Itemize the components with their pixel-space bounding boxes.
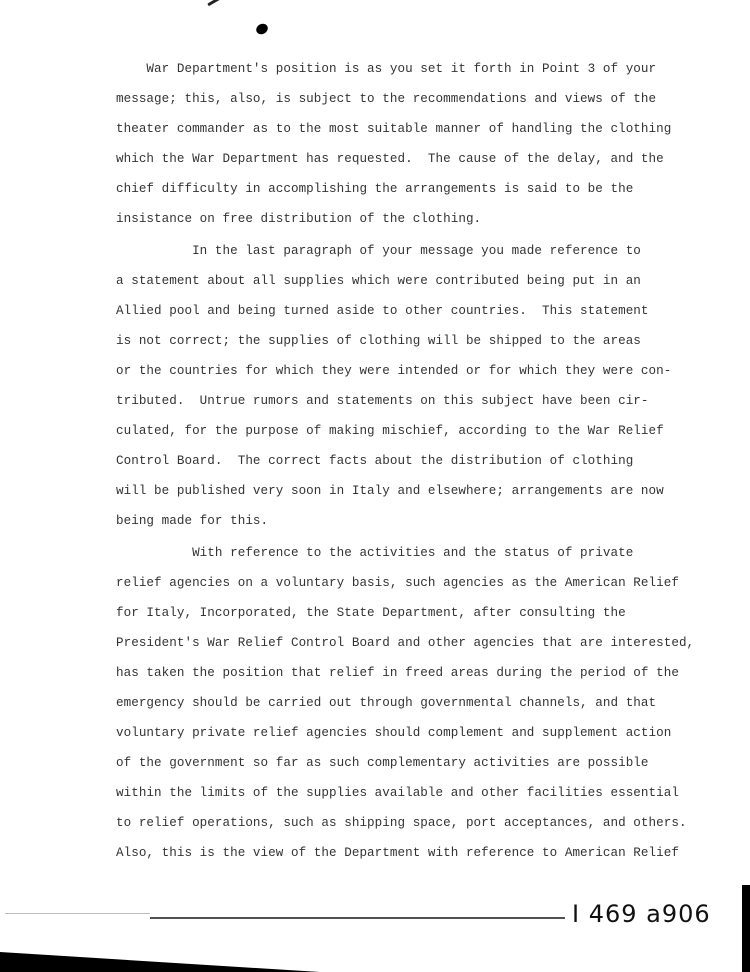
handwritten-id: I 469 a906 — [572, 900, 711, 928]
text-line: within the limits of the supplies availa… — [116, 786, 679, 800]
text-line: to relief operations, such as shipping s… — [116, 816, 687, 830]
text-line: voluntary private relief agencies should… — [116, 726, 671, 740]
text-line: culated, for the purpose of making misch… — [116, 424, 664, 438]
text-line: for Italy, Incorporated, the State Depar… — [116, 606, 626, 620]
text-line: being made for this. — [116, 514, 268, 528]
text-line: is not correct; the supplies of clothing… — [116, 334, 641, 348]
text-line: has taken the position that relief in fr… — [116, 666, 679, 680]
text-line: relief agencies on a voluntary basis, su… — [116, 576, 679, 590]
ink-mark — [207, 0, 221, 6]
document-page: War Department's position is as you set … — [0, 0, 750, 972]
scan-edge-bottom — [0, 952, 320, 972]
text-line: Control Board. The correct facts about t… — [116, 454, 633, 468]
text-line: emergency should be carried out through … — [116, 696, 656, 710]
scan-edge-right — [742, 885, 750, 972]
text-line: theater commander as to the most suitabl… — [116, 122, 671, 136]
text-line: President's War Relief Control Board and… — [116, 636, 694, 650]
text-line: or the countries for which they were int… — [116, 364, 671, 378]
text-line: tributed. Untrue rumors and statements o… — [116, 394, 649, 408]
footer-rule — [150, 917, 565, 919]
text-line: of the government so far as such complem… — [116, 756, 649, 770]
text-line: message; this, also, is subject to the r… — [116, 92, 656, 106]
faint-rule — [5, 913, 150, 914]
text-line: which the War Department has requested. … — [116, 152, 664, 166]
text-line: In the last paragraph of your message yo… — [116, 244, 641, 258]
text-line: Also, this is the view of the Department… — [116, 846, 679, 860]
text-line: insistance on free distribution of the c… — [116, 212, 481, 226]
text-line: With reference to the activities and the… — [116, 546, 633, 560]
text-line: War Department's position is as you set … — [116, 62, 656, 76]
text-line: chief difficulty in accomplishing the ar… — [116, 182, 633, 196]
ink-blot — [254, 22, 269, 37]
text-line: will be published very soon in Italy and… — [116, 484, 664, 498]
text-line: a statement about all supplies which wer… — [116, 274, 641, 288]
text-line: Allied pool and being turned aside to ot… — [116, 304, 649, 318]
